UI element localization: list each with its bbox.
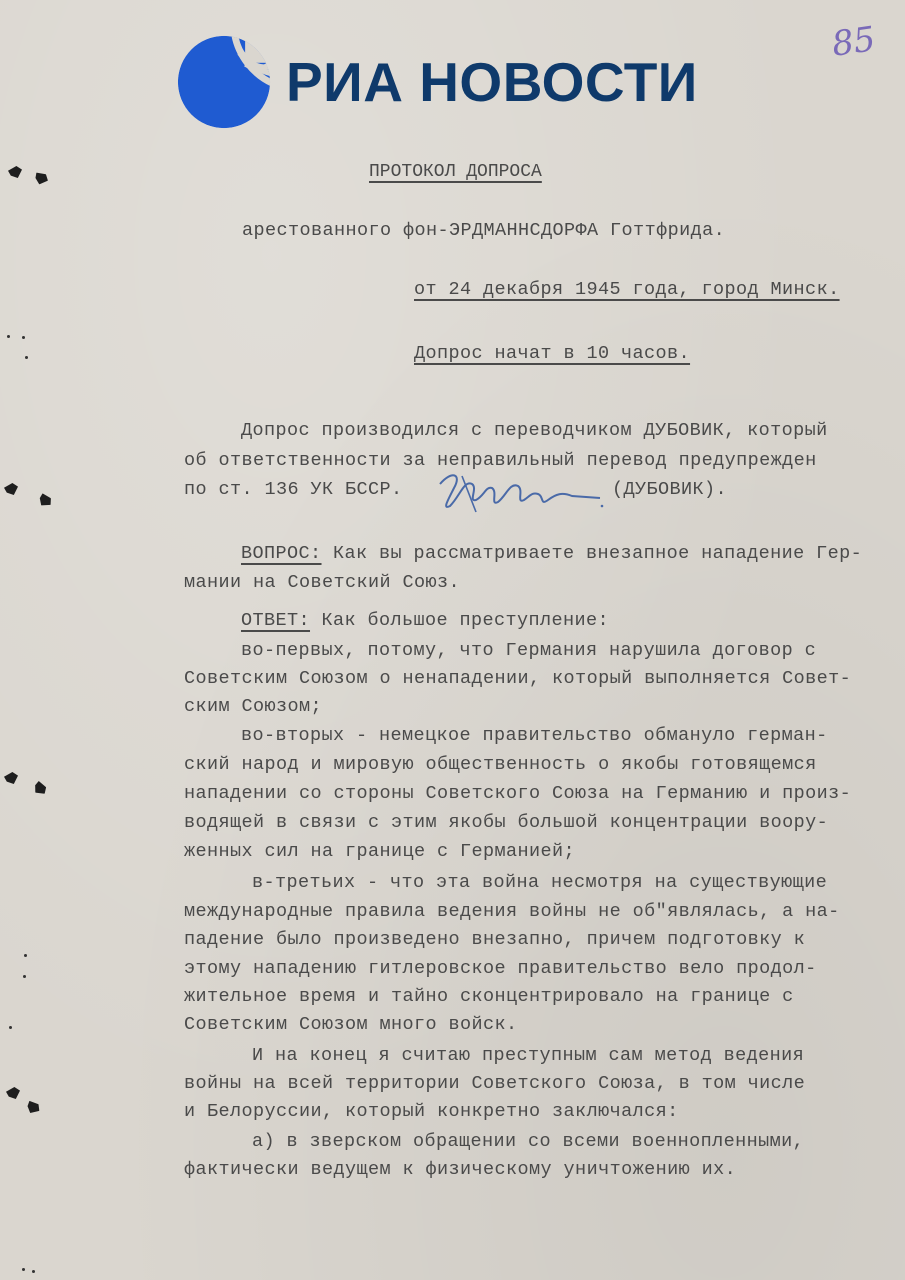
margin-dot bbox=[24, 954, 27, 957]
answer-third-6: Советским Союзом много войск. bbox=[184, 1016, 518, 1035]
answer-second-4: водящей в связи с этим якобы большой кон… bbox=[184, 814, 828, 833]
punch-hole-mark bbox=[4, 772, 18, 784]
question-text: Как вы рассматриваете внезапное нападени… bbox=[322, 543, 863, 564]
answer-second-3: нападении со стороны Советского Союза на… bbox=[184, 785, 851, 804]
answer-third-2: международные правила ведения войны не о… bbox=[184, 903, 840, 922]
question-line-2: мании на Советский Союз. bbox=[184, 574, 460, 593]
answer-second-5: женных сил на границе с Германией; bbox=[184, 843, 575, 862]
punch-hole-mark bbox=[8, 166, 22, 178]
punch-hole-mark bbox=[36, 491, 53, 509]
answer-item-a-1: а) в зверском обращении со всеми военноп… bbox=[252, 1133, 804, 1152]
margin-dot bbox=[9, 1026, 12, 1029]
ria-novosti-logo: РИА НОВОСТИ bbox=[176, 34, 698, 130]
margin-dot bbox=[7, 335, 10, 338]
translator-name: (ДУБОВИК). bbox=[612, 481, 727, 500]
answer-second-1: во-вторых - немецкое правительство обман… bbox=[241, 727, 828, 746]
translator-signature bbox=[432, 466, 607, 516]
answer-item-a-2: фактически ведущем к физическому уничтож… bbox=[184, 1161, 736, 1180]
question-label: ВОПРОС: bbox=[241, 543, 322, 564]
answer-first-1: во-первых, потому, что Германия нарушила… bbox=[241, 642, 816, 661]
date-location-line: от 24 декабря 1945 года, город Минск. bbox=[414, 281, 840, 300]
answer-finally-3: и Белоруссии, который конкретно заключал… bbox=[184, 1103, 679, 1122]
punch-hole-mark bbox=[32, 169, 50, 187]
translator-line-1: Допрос производился с переводчиком ДУБОВ… bbox=[241, 422, 828, 441]
margin-dot bbox=[25, 356, 28, 359]
handwritten-page-number: 85 bbox=[829, 19, 877, 65]
question-line-1: ВОПРОС: Как вы рассматриваете внезапное … bbox=[241, 545, 862, 564]
answer-second-2: ский народ и мировую общественность о як… bbox=[184, 756, 817, 775]
answer-finally-2: войны на всей территории Советского Союз… bbox=[184, 1075, 805, 1094]
punch-hole-mark bbox=[32, 779, 48, 796]
answer-first-3: ским Союзом; bbox=[184, 698, 322, 717]
document-title: ПРОТОКОЛ ДОПРОСА bbox=[369, 163, 542, 181]
start-time-line: Допрос начат в 10 часов. bbox=[414, 345, 690, 364]
answer-line-1: ОТВЕТ: Как большое преступление: bbox=[241, 612, 609, 631]
document-subtitle: арестованного фон-ЭРДМАННСДОРФА Готтфрид… bbox=[242, 222, 725, 241]
ria-globe-icon bbox=[176, 34, 272, 130]
answer-intro: Как большое преступление: bbox=[310, 610, 609, 631]
punch-hole-mark bbox=[24, 1098, 42, 1116]
margin-dot bbox=[22, 1268, 25, 1271]
answer-third-3: падение было произведено внезапно, приче… bbox=[184, 931, 805, 950]
margin-dot bbox=[23, 975, 26, 978]
answer-third-5: жительное время и тайно сконцентрировало… bbox=[184, 988, 794, 1007]
margin-dot bbox=[22, 336, 25, 339]
answer-third-1: в-третьих - что эта война несмотря на су… bbox=[252, 874, 827, 893]
logo-text: РИА НОВОСТИ bbox=[286, 55, 698, 110]
punch-hole-mark bbox=[6, 1087, 20, 1099]
margin-dot bbox=[32, 1270, 35, 1273]
answer-first-2: Советским Союзом о ненападении, который … bbox=[184, 670, 851, 689]
document-page: РИА НОВОСТИ 85 ПРОТОКОЛ ДОПРОСА арестова… bbox=[0, 0, 905, 1280]
answer-third-4: этому нападению гитлеровское правительст… bbox=[184, 960, 817, 979]
answer-finally-1: И на конец я считаю преступным сам метод… bbox=[252, 1047, 804, 1066]
answer-label: ОТВЕТ: bbox=[241, 610, 310, 631]
translator-line-3: по ст. 136 УК БССР. bbox=[184, 481, 403, 500]
punch-hole-mark bbox=[4, 483, 18, 495]
